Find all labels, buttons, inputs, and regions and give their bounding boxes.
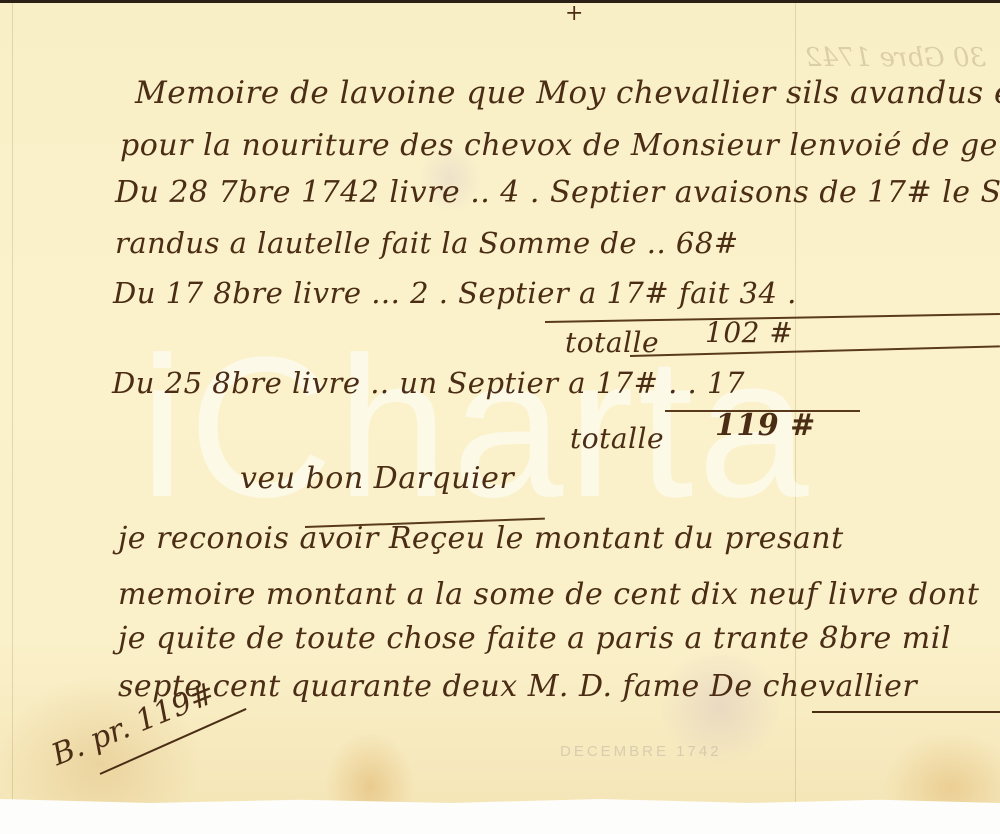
bleed-through-text: 30 Gbre 1742 — [805, 43, 986, 73]
entry-line-3: Du 25 8bre livre .. un Septier a 17# . .… — [112, 365, 745, 401]
signature-underline — [812, 711, 1000, 713]
watermark: iCharta — [140, 328, 813, 528]
entry-line-2: Du 17 8bre livre ... 2 . Septier a 17# f… — [113, 275, 797, 311]
text-line-title: Memoire de lavoine que Moy chevallier si… — [135, 75, 1000, 111]
entry-line-1-cont: randus a lautelle fait la Somme de .. 68… — [115, 225, 739, 261]
bleed-through-stamp: DECEMBRE 1742 — [560, 743, 722, 760]
top-cross-mark: + — [565, 1, 583, 26]
entry-line-1: Du 28 7bre 1742 livre .. 4 . Septier ava… — [115, 175, 1000, 211]
paper-edge-line — [12, 3, 13, 803]
subtotal-underline — [630, 345, 1000, 357]
subtotal-value: 102 # — [705, 315, 793, 351]
manuscript-page: 30 Gbre 1742 ​ DECEMBRE 1742 iCharta + M… — [0, 0, 1000, 803]
receipt-line-4-signature: septe cent quarante deux M. D. fame De c… — [118, 669, 917, 705]
approval-note: veu bon Darquier — [240, 461, 514, 497]
total-label: totalle — [570, 421, 664, 457]
receipt-line-3: je quite de toute chose faite a paris a … — [118, 621, 951, 657]
receipt-line-2: memoire montant a la some de cent dix ne… — [118, 577, 979, 613]
receipt-line-1: je reconois avoir Reçeu le montant du pr… — [118, 521, 844, 557]
total-value: 119 # — [715, 408, 816, 444]
text-line-purpose: pour la nouriture des chevox de Monsieur… — [120, 128, 1000, 164]
